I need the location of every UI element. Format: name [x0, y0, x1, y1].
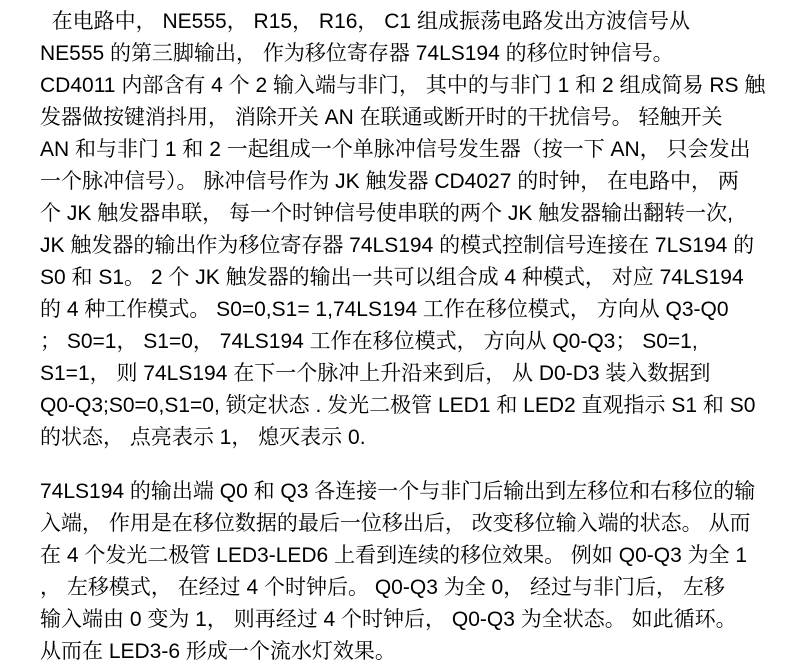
text-line: Q0-Q3;S0=0,S1=0, 锁定状态 . 发光二极管 LED1 和 LED…	[40, 390, 766, 422]
text-line: AN 和与非门 1 和 2 一起组成一个单脉冲信号发生器（按一下 AN， 只会发…	[40, 134, 766, 166]
text-line: S1=1， 则 74LS194 在下一个脉冲上升沿来到后， 从 D0-D3 装入…	[40, 358, 766, 390]
text-line: JK 触发器的输出作为移位寄存器 74LS194 的模式控制信号连接在 7LS1…	[40, 230, 766, 262]
text-line: ， 左移模式， 在经过 4 个时钟后。 Q0-Q3 为全 0， 经过与非门后， …	[40, 572, 766, 604]
text-line: 一个脉冲信号）。 脉冲信号作为 JK 触发器 CD4027 的时钟， 在电路中，…	[40, 166, 766, 198]
text-line: 的 4 种工作模式。 S0=0,S1= 1,74LS194 工作在移位模式， 方…	[40, 294, 766, 326]
text-line: 在 4 个发光二极管 LED3-LED6 上看到连续的移位效果。 例如 Q0-Q…	[40, 540, 766, 572]
paragraph-shift-output-description: 74LS194 的输出端 Q0 和 Q3 各连接一个与非门后输出到左移位和右移位…	[40, 476, 766, 668]
text-line: CD4011 内部含有 4 个 2 输入端与非门， 其中的与非门 1 和 2 组…	[40, 70, 766, 102]
text-line: 的状态， 点亮表示 1， 熄灭表示 0.	[40, 422, 766, 454]
text-line: NE555 的第三脚输出， 作为移位寄存器 74LS194 的移位时钟信号。	[40, 38, 766, 70]
document-page: 在电路中， NE555， R15， R16， C1 组成振荡电路发出方波信号从 …	[0, 0, 800, 670]
text-line: 个 JK 触发器串联， 每一个时钟信号使串联的两个 JK 触发器输出翻转一次,	[40, 198, 766, 230]
text-line: 发器做按键消抖用， 消除开关 AN 在联通或断开时的干扰信号。 轻触开关	[40, 102, 766, 134]
text-line: S0 和 S1。 2 个 JK 触发器的输出一共可以组合成 4 种模式， 对应 …	[40, 262, 766, 294]
text-line: 74LS194 的输出端 Q0 和 Q3 各连接一个与非门后输出到左移位和右移位…	[40, 476, 766, 508]
text-line: 入端， 作用是在移位数据的最后一位移出后， 改变移位输入端的状态。 从而	[40, 508, 766, 540]
text-line: ； S0=1， S1=0， 74LS194 工作在移位模式， 方向从 Q0-Q3…	[40, 326, 766, 358]
text-line: 在电路中， NE555， R15， R16， C1 组成振荡电路发出方波信号从	[40, 6, 766, 38]
text-line: 输入端由 0 变为 1， 则再经过 4 个时钟后， Q0-Q3 为全状态。 如此…	[40, 604, 766, 636]
paragraph-circuit-description: 在电路中， NE555， R15， R16， C1 组成振荡电路发出方波信号从 …	[40, 6, 766, 454]
text-line: 从而在 LED3-6 形成一个流水灯效果。	[40, 636, 766, 668]
